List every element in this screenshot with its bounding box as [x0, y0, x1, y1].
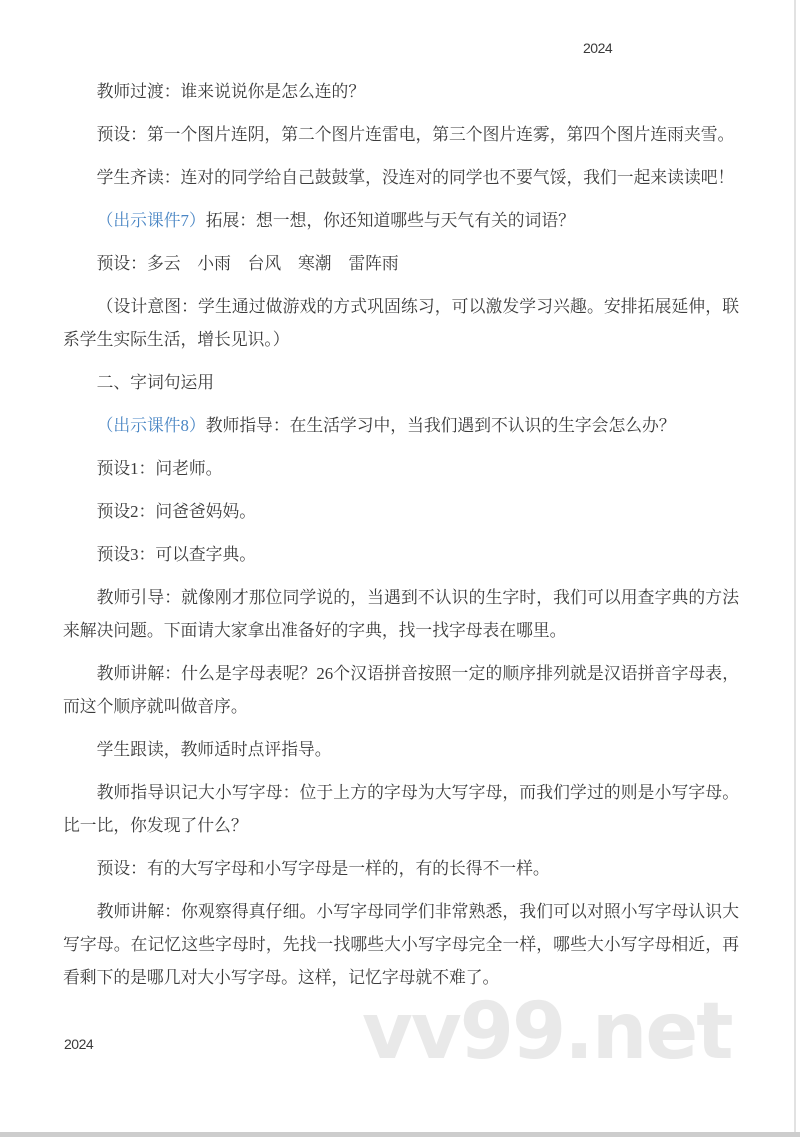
document-page: 2024 教师过渡：谁来说说你是怎么连的？预设：第一个图片连阴，第二个图片连雷电… — [0, 0, 800, 1137]
footer-page-number: 2024 — [64, 1036, 93, 1052]
text-run: 二、字词句运用 — [97, 373, 214, 392]
courseware-cue-text: （出示课件7） — [97, 211, 206, 230]
page-right-edge — [794, 0, 796, 1137]
paragraph: 教师讲解：你观察得真仔细。小写字母同学们非常熟悉，我们可以对照小写字母认识大写字… — [63, 895, 739, 994]
paragraph: 预设2：问爸爸妈妈。 — [63, 495, 739, 528]
text-run: 学生齐读：连对的同学给自己鼓鼓掌，没连对的同学也不要气馁，我们一起来读读吧！ — [97, 168, 735, 187]
paragraph: 预设：多云 小雨 台风 寒潮 雷阵雨 — [63, 247, 739, 280]
paragraph: （出示课件8）教师指导：在生活学习中，当我们遇到不认识的生字会怎么办？ — [63, 409, 739, 442]
paragraph: 预设3：可以查字典。 — [63, 538, 739, 571]
paragraph: 学生齐读：连对的同学给自己鼓鼓掌，没连对的同学也不要气馁，我们一起来读读吧！ — [63, 161, 739, 194]
document-body: 教师过渡：谁来说说你是怎么连的？预设：第一个图片连阴，第二个图片连雷电，第三个图… — [63, 75, 739, 1004]
text-run: 预设：有的大写字母和小写字母是一样的，有的长得不一样。 — [97, 859, 550, 878]
paragraph: 教师引导：就像刚才那位同学说的，当遇到不认识的生字时，我们可以用查字典的方法来解… — [63, 581, 739, 647]
text-run: 教师指导识记大小写字母：位于上方的字母为大写字母，而我们学过的则是小写字母。比一… — [63, 783, 739, 835]
paragraph: 预设：有的大写字母和小写字母是一样的，有的长得不一样。 — [63, 852, 739, 885]
header-page-number: 2024 — [583, 40, 612, 56]
paragraph: 教师讲解：什么是字母表呢？26个汉语拼音按照一定的顺序排列就是汉语拼音字母表，而… — [63, 657, 739, 723]
text-run: 预设3：可以查字典。 — [97, 545, 256, 564]
text-run: 预设1：问老师。 — [97, 459, 223, 478]
text-run: 预设：多云 小雨 台风 寒潮 雷阵雨 — [97, 254, 399, 273]
text-run: 预设2：问爸爸妈妈。 — [97, 502, 256, 521]
paragraph: 预设：第一个图片连阴，第二个图片连雷电，第三个图片连雾，第四个图片连雨夹雪。 — [63, 118, 739, 151]
text-run: 预设：第一个图片连阴，第二个图片连雷电，第三个图片连雾，第四个图片连雨夹雪。 — [97, 125, 735, 144]
paragraph: 二、字词句运用 — [63, 366, 739, 399]
paragraph: 学生跟读，教师适时点评指导。 — [63, 733, 739, 766]
courseware-cue-text: （出示课件8） — [97, 416, 206, 435]
paragraph: 教师指导识记大小写字母：位于上方的字母为大写字母，而我们学过的则是小写字母。比一… — [63, 776, 739, 842]
paragraph: （出示课件7）拓展：想一想，你还知道哪些与天气有关的词语？ — [63, 204, 739, 237]
text-run: 教师过渡：谁来说说你是怎么连的？ — [97, 82, 366, 101]
paragraph: 预设1：问老师。 — [63, 452, 739, 485]
text-run: 教师讲解：你观察得真仔细。小写字母同学们非常熟悉，我们可以对照小写字母认识大写字… — [63, 902, 739, 987]
text-run: 拓展：想一想，你还知道哪些与天气有关的词语？ — [206, 211, 575, 230]
paragraph: 教师过渡：谁来说说你是怎么连的？ — [63, 75, 739, 108]
watermark-text: vv99.net — [362, 993, 732, 1071]
page-bottom-edge — [0, 1132, 800, 1137]
text-run: 教师引导：就像刚才那位同学说的，当遇到不认识的生字时，我们可以用查字典的方法来解… — [63, 588, 739, 640]
text-run: 教师讲解：什么是字母表呢？26个汉语拼音按照一定的顺序排列就是汉语拼音字母表，而… — [63, 664, 739, 716]
text-run: 学生跟读，教师适时点评指导。 — [97, 740, 332, 759]
paragraph: （设计意图：学生通过做游戏的方式巩固练习，可以激发学习兴趣。安排拓展延伸，联系学… — [63, 290, 739, 356]
text-run: 教师指导：在生活学习中，当我们遇到不认识的生字会怎么办？ — [206, 416, 676, 435]
text-run: （设计意图：学生通过做游戏的方式巩固练习，可以激发学习兴趣。安排拓展延伸，联系学… — [63, 297, 739, 349]
